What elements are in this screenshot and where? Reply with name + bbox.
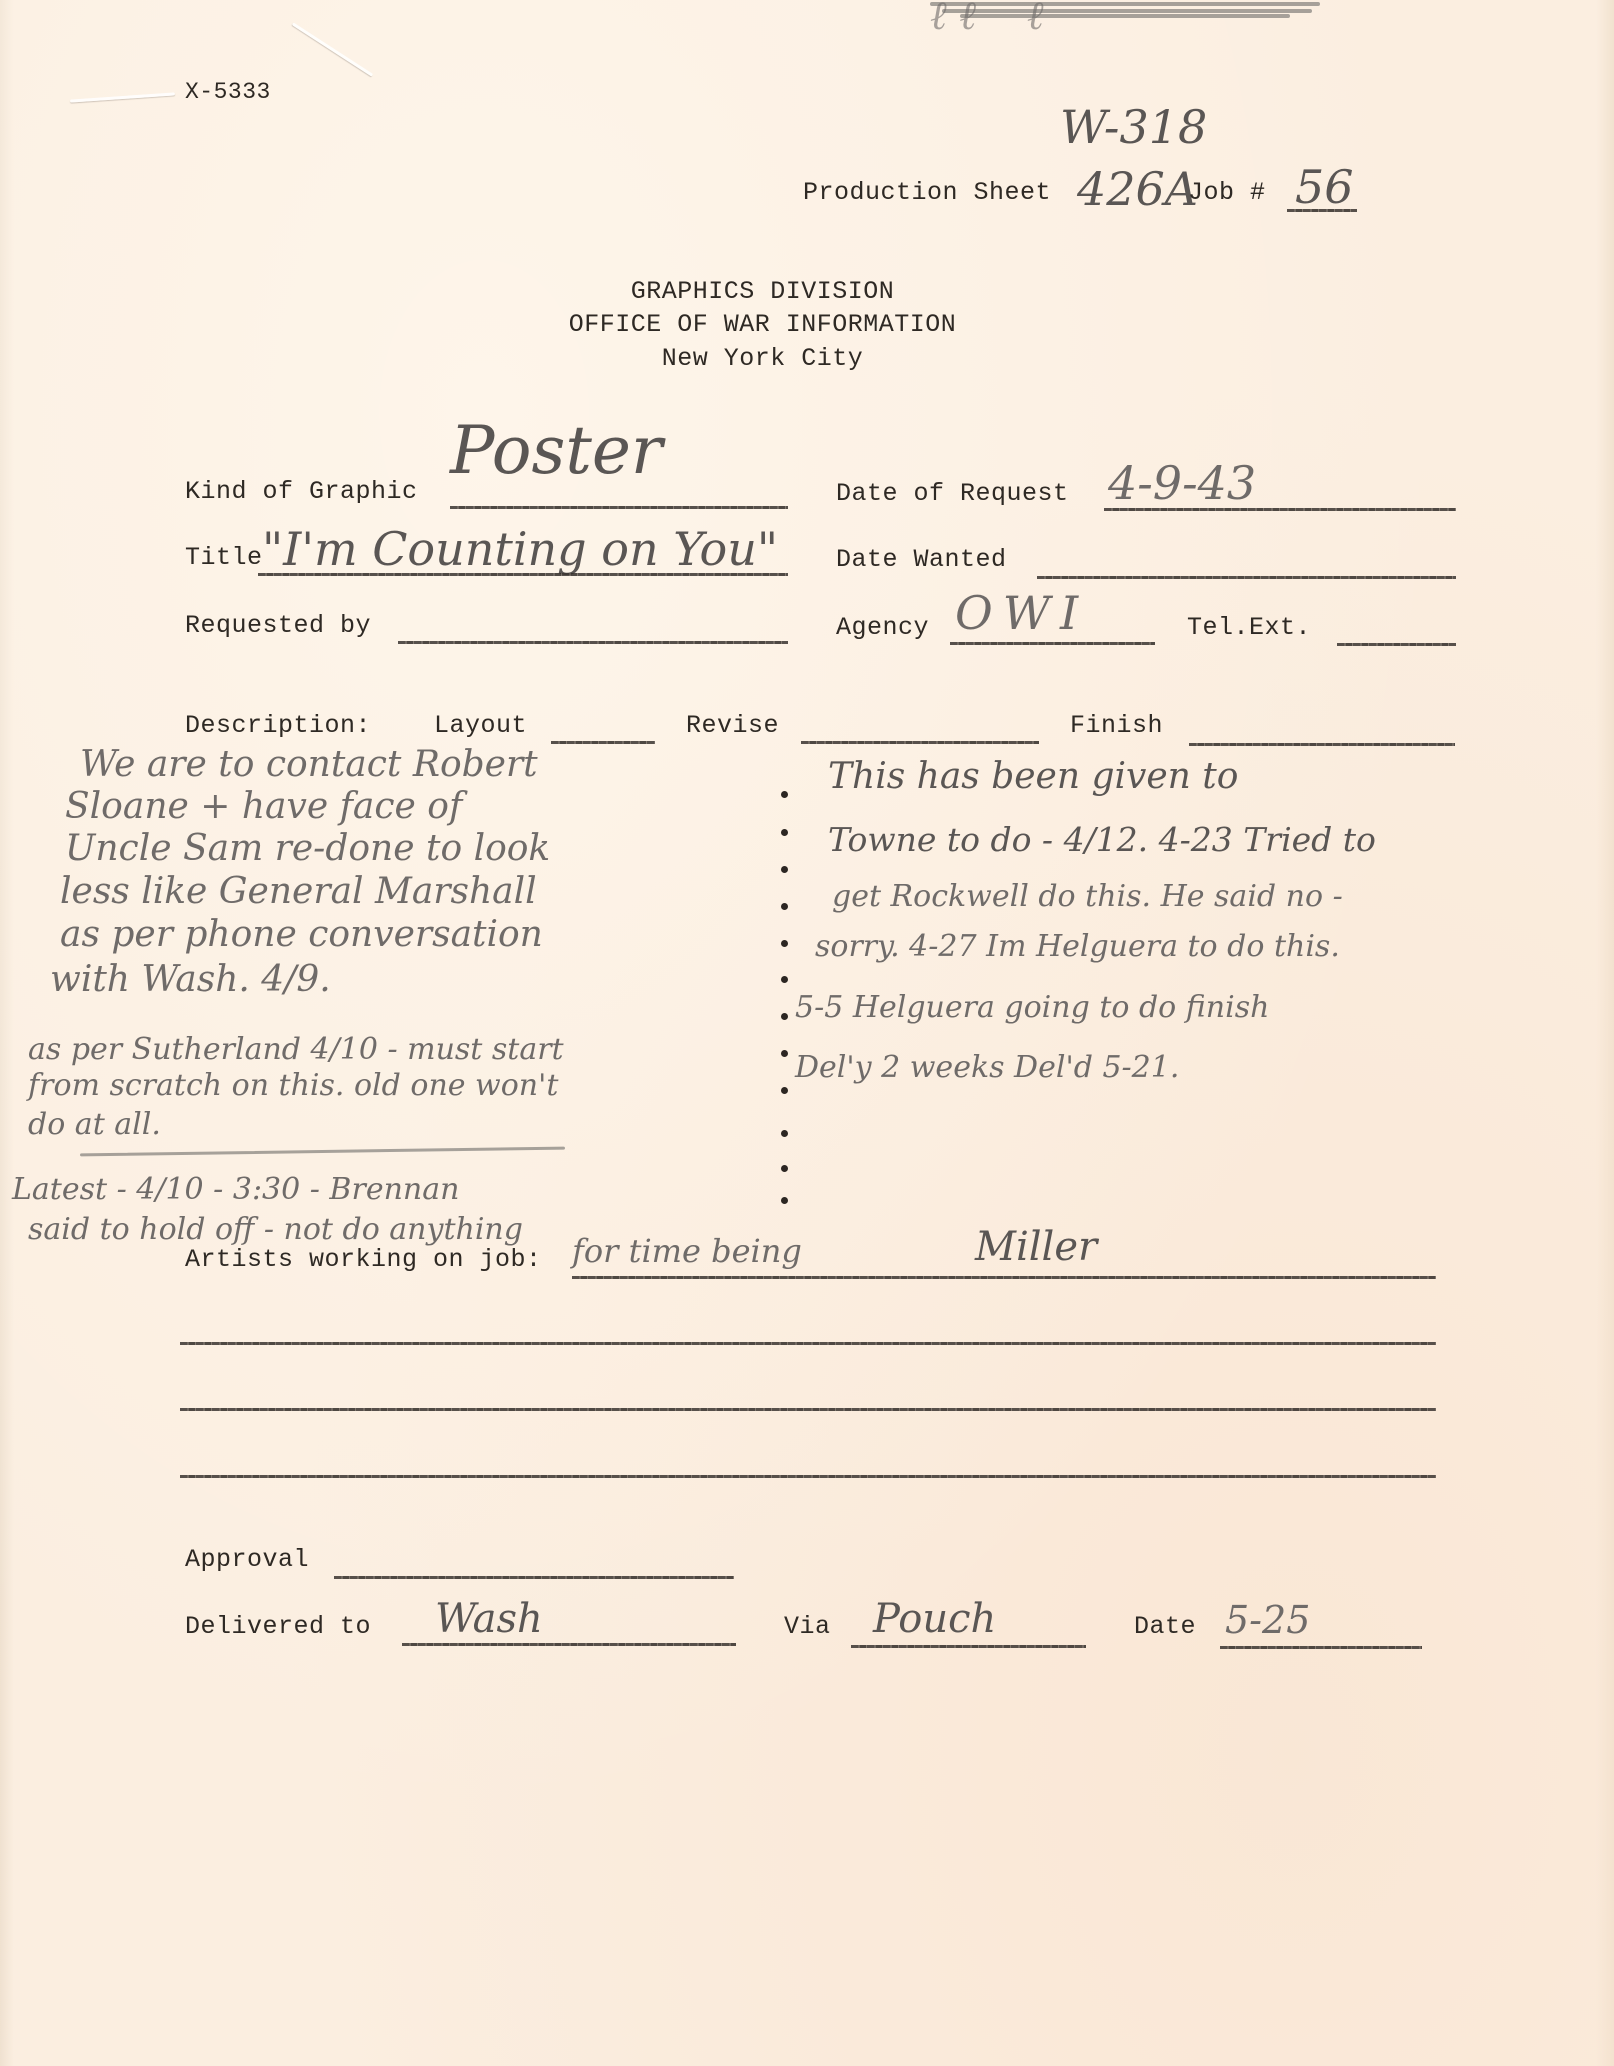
- note-line: from scratch on this. old one won't: [28, 1066, 558, 1106]
- control-number: X-5333: [185, 79, 271, 105]
- paper-crease: [70, 92, 175, 102]
- reference-annotation: W-318: [1060, 100, 1207, 154]
- note-separator-stroke: [80, 1147, 565, 1157]
- layout-line: [551, 741, 655, 744]
- artists-value[interactable]: Miller: [975, 1224, 1097, 1270]
- title-label: Title: [185, 543, 263, 572]
- header-division: GRAPHICS DIVISION: [0, 277, 1525, 306]
- note-line: Uncle Sam re-done to look: [65, 829, 550, 869]
- delivered-to-label: Delivered to: [185, 1612, 371, 1641]
- production-sheet-value: 426A: [1077, 162, 1198, 216]
- note-line: Towne to do - 4/12. 4-23 Tried to: [828, 820, 1376, 860]
- note-line: Sloane + have face of: [65, 787, 462, 827]
- header-city: New York City: [0, 344, 1525, 373]
- tel-ext-line: [1337, 643, 1456, 646]
- note-line: with Wash. 4/9.: [50, 960, 331, 1000]
- via-label: Via: [784, 1612, 831, 1641]
- job-number-label: Job #: [1188, 178, 1266, 207]
- blank-line: [180, 1342, 1436, 1345]
- approval-line: [334, 1576, 734, 1579]
- note-line: said to hold off - not do anything: [28, 1210, 523, 1250]
- agency-value[interactable]: OWI: [955, 586, 1088, 640]
- kind-of-graphic-line: [450, 506, 788, 509]
- date-of-request-label: Date of Request: [836, 479, 1069, 508]
- revise-line: [801, 741, 1039, 744]
- blank-line: [180, 1408, 1436, 1411]
- finish-label: Finish: [1070, 711, 1163, 740]
- note-line: get Rockwell do this. He said no -: [832, 877, 1343, 917]
- date-line: [1220, 1646, 1422, 1649]
- delivered-to-value[interactable]: Wash: [435, 1596, 543, 1642]
- tel-ext-label: Tel.Ext.: [1187, 613, 1311, 642]
- via-value[interactable]: Pouch: [873, 1596, 996, 1642]
- job-number-underline: [1287, 209, 1357, 212]
- note-line: less like General Marshall: [60, 872, 537, 912]
- via-line: [851, 1645, 1086, 1648]
- date-wanted-line: [1037, 576, 1456, 579]
- note-line: as per phone conversation: [60, 915, 543, 955]
- finish-line: [1189, 743, 1455, 746]
- note-line: as per Sutherland 4/10 - must start: [28, 1030, 564, 1070]
- production-sheet-label: Production Sheet: [803, 178, 1051, 207]
- layout-label: Layout: [434, 711, 527, 740]
- note-line: sorry. 4-27 Im Helguera to do this.: [815, 927, 1340, 967]
- note-line: Latest - 4/10 - 3:30 - Brennan: [12, 1170, 459, 1210]
- artists-note: for time being: [572, 1232, 802, 1270]
- delivered-to-line: [402, 1643, 736, 1646]
- agency-label: Agency: [836, 613, 929, 642]
- note-line: do at all.: [28, 1105, 161, 1145]
- paper-crease: [292, 22, 373, 76]
- note-line: We are to contact Robert: [80, 745, 538, 785]
- header-office: OFFICE OF WAR INFORMATION: [0, 310, 1525, 339]
- note-line: Del'y 2 weeks Del'd 5-21.: [795, 1048, 1179, 1088]
- date-of-request-line: [1104, 508, 1456, 511]
- title-value[interactable]: "I'm Counting on You": [262, 522, 778, 576]
- title-line: [258, 573, 788, 576]
- date-value[interactable]: 5-25: [1225, 1598, 1310, 1642]
- kind-of-graphic-value[interactable]: Poster: [450, 412, 662, 489]
- requested-by-line: [398, 641, 788, 644]
- kind-of-graphic-label: Kind of Graphic: [185, 477, 418, 506]
- artists-line: [572, 1276, 1436, 1279]
- agency-line: [950, 642, 1155, 645]
- note-line: 5-5 Helguera going to do finish: [795, 988, 1269, 1028]
- blank-line: [180, 1475, 1436, 1478]
- description-label: Description:: [185, 711, 371, 740]
- date-wanted-label: Date Wanted: [836, 545, 1007, 574]
- revise-label: Revise: [686, 711, 779, 740]
- job-number-value: 56: [1295, 160, 1354, 214]
- artists-label: Artists working on job:: [185, 1245, 542, 1274]
- approval-label: Approval: [185, 1545, 309, 1574]
- date-label: Date: [1134, 1612, 1196, 1641]
- requested-by-label: Requested by: [185, 611, 371, 640]
- date-of-request-value[interactable]: 4-9-43: [1108, 456, 1256, 510]
- note-line: This has been given to: [828, 757, 1238, 797]
- crossed-out-annotation: ℓ ℓ ℓ: [930, 0, 1330, 60]
